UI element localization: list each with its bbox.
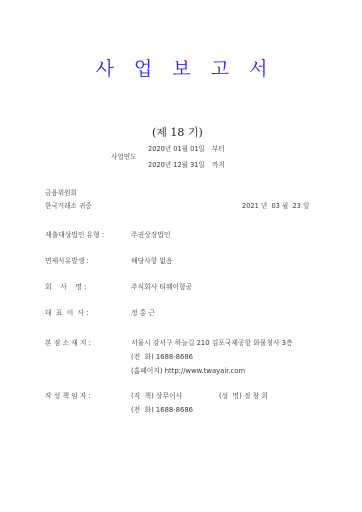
- preparer-label: 작 성 책 임 자 :: [45, 390, 91, 400]
- fiscal-period-number: (제 18 기): [152, 124, 203, 140]
- fiscal-year-end-date: 2020년 12월 31일: [148, 159, 205, 169]
- headquarters-phone: (전 화) 1688-8686: [131, 351, 193, 361]
- company-name-value: 주식회사 티웨이항공: [131, 281, 192, 291]
- homepage-link[interactable]: (홈페이지) http://www.twayair.com: [131, 365, 245, 375]
- exemption-value: 해당사항 없음: [131, 255, 173, 265]
- recipient-fsc: 금융위원회: [45, 187, 77, 197]
- fiscal-year-label: 사업연도: [111, 151, 136, 161]
- fiscal-year-start-suffix: 부터: [212, 143, 225, 153]
- fiscal-year-end-suffix: 까지: [212, 159, 225, 169]
- company-name-label: 회 사 명 :: [45, 281, 86, 291]
- headquarters-label: 본 점 소 재 지 :: [45, 337, 91, 347]
- recipient-krx: 한국거래소 귀중: [45, 200, 92, 210]
- filer-type-value: 주권상장법인: [131, 229, 170, 239]
- fiscal-year-start-date: 2020년 01월 01일: [148, 143, 205, 153]
- submission-date: 2021 년 03 월 23 일: [242, 200, 309, 210]
- document-title: 사 업 보 고 서: [0, 54, 362, 81]
- preparer-name: (성 명) 정 창 희: [219, 390, 268, 400]
- headquarters-address: 서울시 강서구 하늘길 210 김포국제공항 화물청사 3층: [131, 337, 293, 347]
- ceo-label: 대 표 이 사 :: [45, 307, 89, 317]
- ceo-value: 정 홍 근: [131, 307, 155, 317]
- preparer-position: (직 책) 상무이사: [131, 390, 182, 400]
- exemption-label: 면제사유발생 :: [45, 255, 89, 265]
- filer-type-label: 제출대상법인 유형 :: [45, 229, 104, 239]
- preparer-phone: (전 화) 1688-8686: [131, 404, 193, 414]
